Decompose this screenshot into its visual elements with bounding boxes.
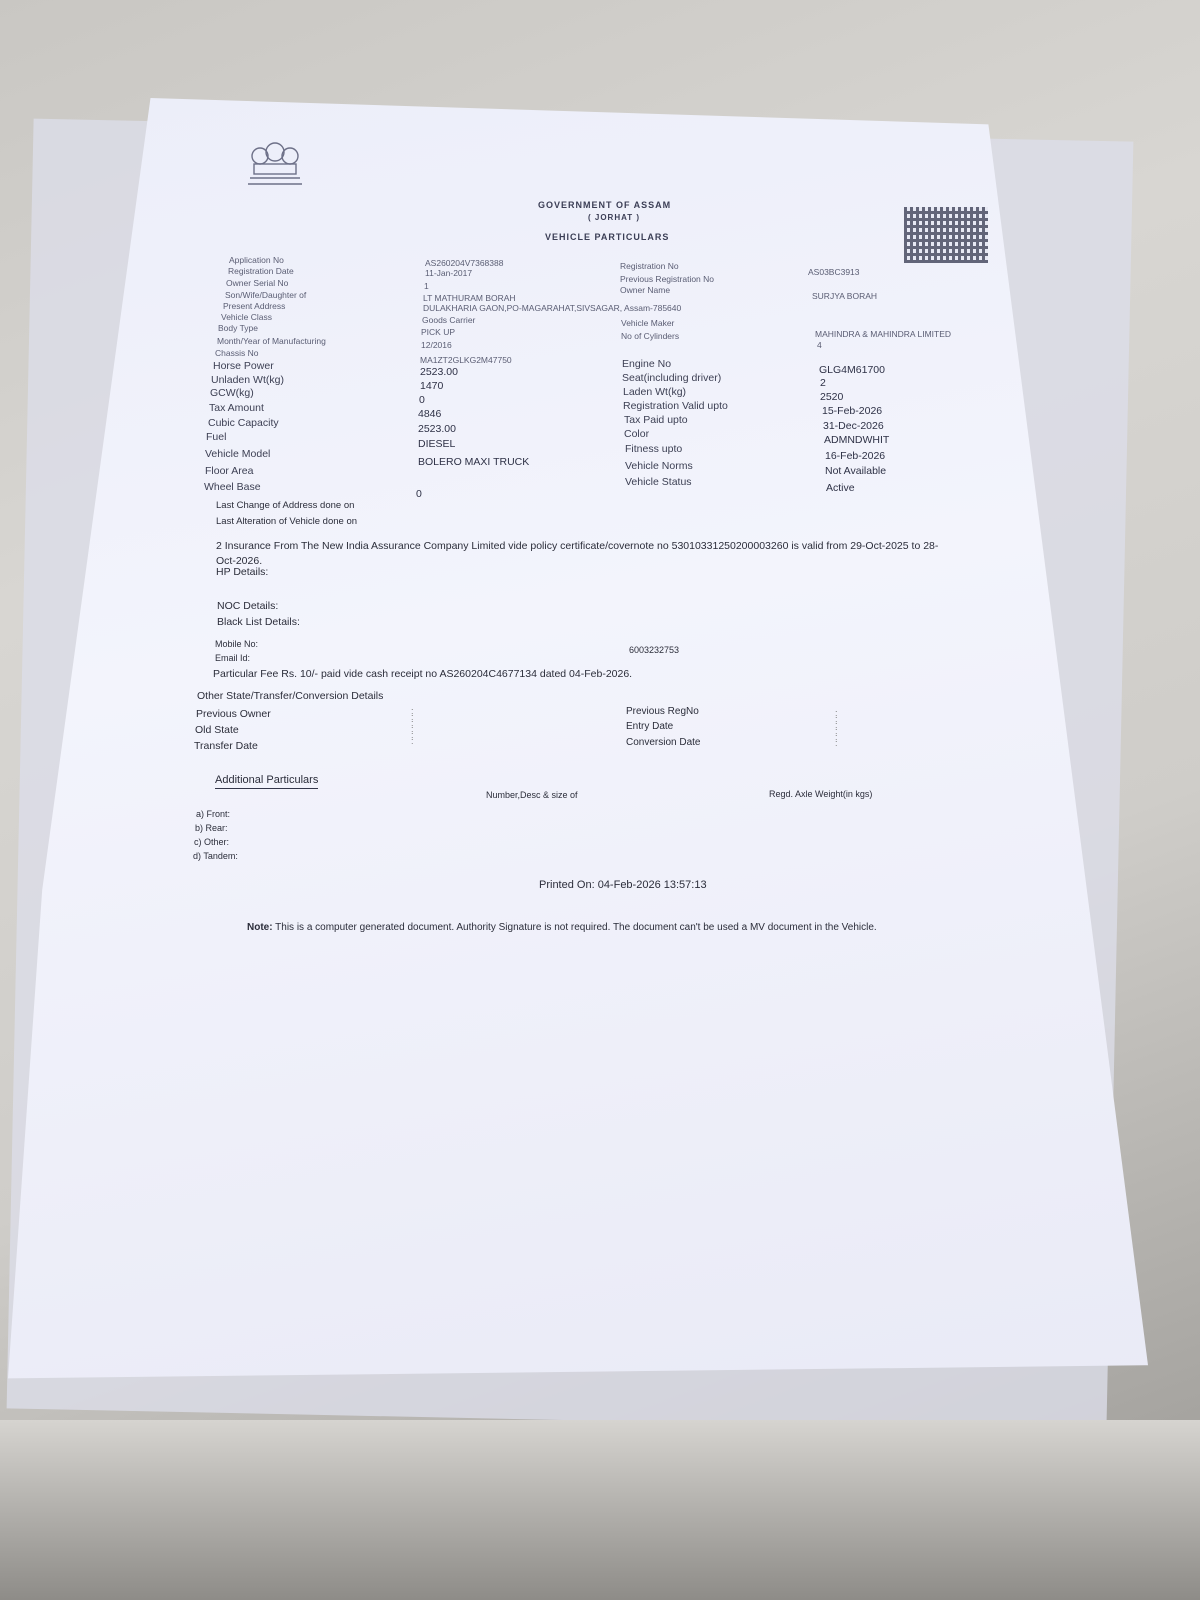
- front-row: a) Front:: [196, 809, 230, 819]
- col-axle-weight: Regd. Axle Weight(in kgs): [769, 789, 872, 799]
- left-field-value: 0: [419, 394, 425, 406]
- right-field-label: Registration Valid upto: [623, 400, 728, 412]
- right-field-value: Active: [826, 482, 855, 494]
- right-field-label: Vehicle Maker: [621, 318, 674, 328]
- note-text: This is a computer generated document. A…: [273, 922, 877, 933]
- previous-owner-label: Previous Owner: [196, 708, 271, 720]
- left-field-value: 11-Jan-2017: [425, 268, 472, 278]
- insurance-line-1: 2 Insurance From The New India Assurance…: [216, 540, 938, 552]
- separator-dots: ::::::: [835, 710, 838, 746]
- document-title: VEHICLE PARTICULARS: [545, 232, 669, 242]
- hp-details: HP Details:: [216, 566, 268, 578]
- left-field-value: DULAKHARIA GAON,PO-MAGARAHAT,SIVSAGAR, A…: [423, 303, 681, 313]
- left-field-label: Vehicle Class: [221, 312, 272, 322]
- left-field-label: GCW(kg): [210, 387, 254, 399]
- left-field-label: Tax Amount: [209, 402, 264, 414]
- left-field-value: 1: [424, 281, 429, 291]
- fee-line: Particular Fee Rs. 10/- paid vide cash r…: [213, 668, 632, 680]
- left-field-value: LT MATHURAM BORAH: [423, 293, 516, 303]
- government-heading: GOVERNMENT OF ASSAM: [538, 200, 671, 210]
- right-field-label: Registration No: [620, 261, 679, 271]
- tandem-row: d) Tandem:: [193, 851, 238, 861]
- right-field-value: Not Available: [825, 465, 886, 477]
- left-field-label: Month/Year of Manufacturing: [217, 336, 326, 346]
- noc-details: NOC Details:: [217, 600, 278, 612]
- right-field-value: SURJYA BORAH: [812, 291, 877, 301]
- left-field-label: Body Type: [218, 323, 258, 333]
- left-field-value: 2523.00: [420, 366, 458, 378]
- conversion-date-label: Conversion Date: [626, 737, 700, 748]
- left-field-label: Vehicle Model: [205, 448, 270, 460]
- right-field-label: Previous Registration No: [620, 274, 714, 284]
- separator-dots: ::::::: [411, 708, 414, 744]
- last-alteration: Last Alteration of Vehicle done on: [216, 516, 357, 527]
- left-field-label: Registration Date: [228, 266, 294, 276]
- additional-particulars-heading: Additional Particulars: [215, 774, 318, 789]
- office-heading: ( JORHAT ): [588, 213, 640, 222]
- other-row: c) Other:: [194, 837, 229, 847]
- right-field-label: Owner Name: [620, 285, 670, 295]
- right-field-value: 2520: [820, 391, 843, 403]
- printed-on: Printed On: 04-Feb-2026 13:57:13: [539, 879, 707, 891]
- left-field-value: DIESEL: [418, 438, 455, 450]
- right-field-value: ADMNDWHIT: [824, 434, 889, 446]
- email-label: Email Id:: [215, 653, 250, 663]
- right-field-value: 2: [820, 377, 826, 389]
- left-field-value: Goods Carrier: [422, 315, 475, 325]
- right-field-label: No of Cylinders: [621, 331, 679, 341]
- right-field-value: 4: [817, 340, 822, 350]
- left-field-label: Wheel Base: [204, 481, 261, 493]
- right-field-label: Vehicle Norms: [625, 460, 693, 472]
- left-field-value: 12/2016: [421, 340, 452, 350]
- qr-code: [904, 207, 988, 263]
- transfer-heading: Other State/Transfer/Conversion Details: [197, 690, 383, 702]
- left-field-label: Floor Area: [205, 465, 253, 477]
- col-number-desc: Number,Desc & size of: [486, 790, 578, 800]
- right-field-label: Color: [624, 428, 649, 440]
- previous-regno-label: Previous RegNo: [626, 706, 699, 717]
- right-field-label: Laden Wt(kg): [623, 386, 686, 398]
- left-field-label: Son/Wife/Daughter of: [225, 290, 306, 300]
- right-field-label: Vehicle Status: [625, 476, 692, 488]
- left-field-value: PICK UP: [421, 327, 455, 337]
- right-field-label: Tax Paid upto: [624, 414, 688, 426]
- right-field-value: GLG4M61700: [819, 364, 885, 376]
- left-field-label: Horse Power: [213, 360, 274, 372]
- right-field-value: AS03BC3913: [808, 267, 860, 277]
- left-field-label: Application No: [229, 255, 284, 265]
- right-field-label: Fitness upto: [625, 443, 682, 455]
- mobile-label: Mobile No:: [215, 639, 258, 649]
- blacklist-details: Black List Details:: [217, 616, 300, 628]
- left-field-value: 4846: [418, 408, 441, 420]
- left-field-label: Unladen Wt(kg): [211, 374, 284, 386]
- entry-date-label: Entry Date: [626, 721, 673, 732]
- right-field-value: 16-Feb-2026: [825, 450, 885, 462]
- left-field-value: 1470: [420, 380, 443, 392]
- left-field-value: BOLERO MAXI TRUCK: [418, 456, 529, 468]
- old-state-label: Old State: [195, 724, 239, 736]
- left-field-label: Owner Serial No: [226, 278, 288, 288]
- left-field-value: 0: [416, 488, 422, 500]
- right-field-value: 15-Feb-2026: [822, 405, 882, 417]
- left-field-label: Chassis No: [215, 348, 258, 358]
- right-field-value: 31-Dec-2026: [823, 420, 884, 432]
- footer-note: Note: This is a computer generated docum…: [247, 922, 877, 933]
- right-field-label: Engine No: [622, 358, 671, 370]
- left-field-value: 2523.00: [418, 423, 456, 435]
- note-label: Note:: [247, 922, 273, 933]
- left-field-label: Cubic Capacity: [208, 417, 279, 429]
- left-field-value: AS260204V7368388: [425, 258, 503, 268]
- mobile-value: 6003232753: [629, 645, 679, 655]
- last-change-address: Last Change of Address done on: [216, 500, 354, 511]
- transfer-date-label: Transfer Date: [194, 740, 258, 752]
- right-field-value: MAHINDRA & MAHINDRA LIMITED: [815, 329, 951, 339]
- left-field-value: MA1ZT2GLKG2M47750: [420, 355, 512, 365]
- national-emblem-icon: [240, 138, 310, 188]
- right-field-label: Seat(including driver): [622, 372, 721, 384]
- left-field-label: Fuel: [206, 431, 226, 443]
- vehicle-particulars-document: GOVERNMENT OF ASSAM ( JORHAT ) VEHICLE P…: [0, 0, 1200, 1600]
- left-field-label: Present Address: [223, 301, 285, 311]
- rear-row: b) Rear:: [195, 823, 228, 833]
